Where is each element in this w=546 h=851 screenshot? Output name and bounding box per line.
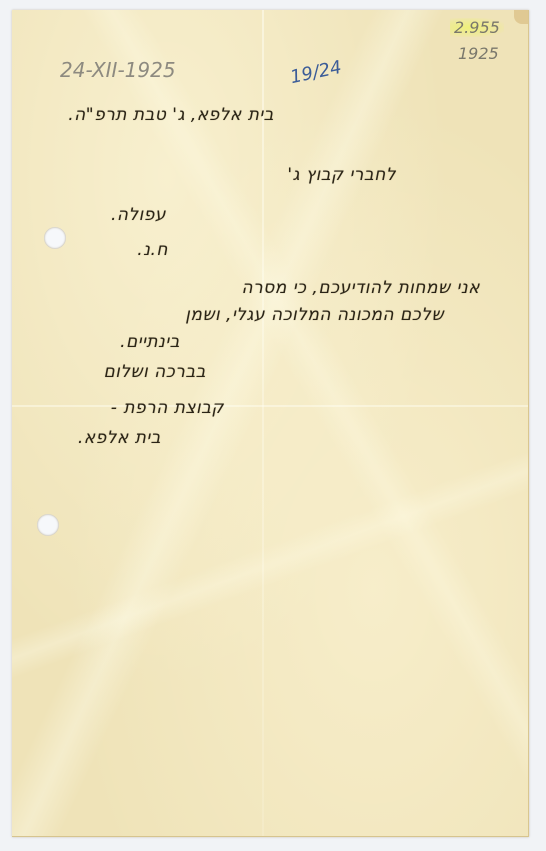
body-line-2: שלכם המכונה המלוכה עגלי, ושמן [185, 305, 444, 325]
signature-line-1: קבוצת הרפת - [111, 398, 224, 418]
archive-number: 2.955 [450, 18, 504, 37]
archive-number-text: 2.955 [450, 18, 504, 37]
letter-header-place-date: בית אלפא, ג' טבת תרפ"ה. [68, 105, 274, 125]
punch-hole-bottom [37, 514, 59, 536]
addressee-line-1: לחברי קבוץ ג' [287, 165, 396, 185]
pencil-date: 24-XII-1925 [60, 58, 176, 82]
letter-paper [12, 10, 529, 837]
punch-hole-top [44, 227, 66, 249]
archive-year: 1925 [458, 44, 499, 63]
closing: בברכה ושלום [103, 362, 206, 382]
salutation: ח.נ. [137, 240, 168, 260]
corner-stain [514, 10, 528, 24]
paper-crease-vertical [262, 10, 264, 836]
paper-crease-horizontal [12, 405, 528, 407]
addressee-line-2: עפולה. [111, 205, 166, 225]
body-line-1: אני שמחות להודיעכם, כי מסרה [242, 278, 480, 298]
signature-line-2: בית אלפא. [78, 428, 161, 448]
body-line-3: בינתיים. [120, 332, 180, 352]
